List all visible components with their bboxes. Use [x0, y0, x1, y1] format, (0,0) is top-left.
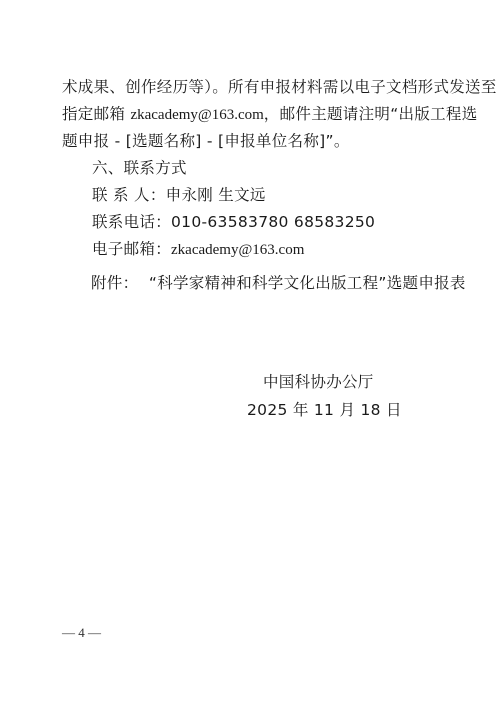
section-heading-text: 六、联系方式	[92, 159, 187, 177]
paragraph-text: 术成果、创作经历等）。所有申报材料需以电子文档形式发送至	[62, 78, 497, 96]
attachment-title: “科学家精神和科学文化出版工程”选题申报表	[149, 274, 466, 292]
signature-organization: 中国科协办公厅	[263, 372, 374, 392]
paragraph-line-3: 题申报 - [选题名称] - [申报单位名称]”。	[62, 131, 350, 151]
paragraph-line-2: 指定邮箱 zkacademy@163.com，邮件主题请注明“出版工程选	[62, 104, 478, 125]
page-number: — 4 —	[62, 625, 101, 641]
signature-date: 2025 年 11 月 18 日	[247, 400, 402, 420]
paragraph-line-1: 术成果、创作经历等）。所有申报材料需以电子文档形式发送至	[62, 77, 497, 97]
contact-person-value: 申永刚 生文远	[166, 186, 266, 204]
phone-value: 010-63583780 68583250	[171, 213, 375, 231]
paragraph-text: ，邮件主题请注明“出版工程选	[264, 105, 478, 123]
attachment-row: 附件： “科学家精神和科学文化出版工程”选题申报表	[91, 273, 466, 293]
document-page: 术成果、创作经历等）。所有申报材料需以电子文档形式发送至 指定邮箱 zkacad…	[0, 0, 500, 706]
email-row: 电子邮箱：zkacademy@163.com	[92, 239, 304, 260]
email-link[interactable]: zkacademy@163.com	[130, 107, 263, 123]
date-text: 2025 年 11 月 18 日	[247, 401, 402, 419]
contact-person-label: 联 系 人：	[92, 186, 166, 204]
contact-person-row: 联 系 人：申永刚 生文远	[92, 185, 266, 205]
organization-name: 中国科协办公厅	[263, 373, 374, 391]
email-label: 电子邮箱：	[92, 240, 171, 258]
phone-label: 联系电话：	[92, 213, 171, 231]
email-link[interactable]: zkacademy@163.com	[171, 242, 304, 258]
paragraph-text: 指定邮箱	[62, 105, 130, 123]
paragraph-text: 题申报 - [选题名称] - [申报单位名称]”。	[62, 132, 350, 150]
attachment-label: 附件：	[91, 274, 138, 292]
phone-row: 联系电话：010-63583780 68583250	[92, 212, 375, 232]
section-heading-contact: 六、联系方式	[92, 158, 187, 178]
